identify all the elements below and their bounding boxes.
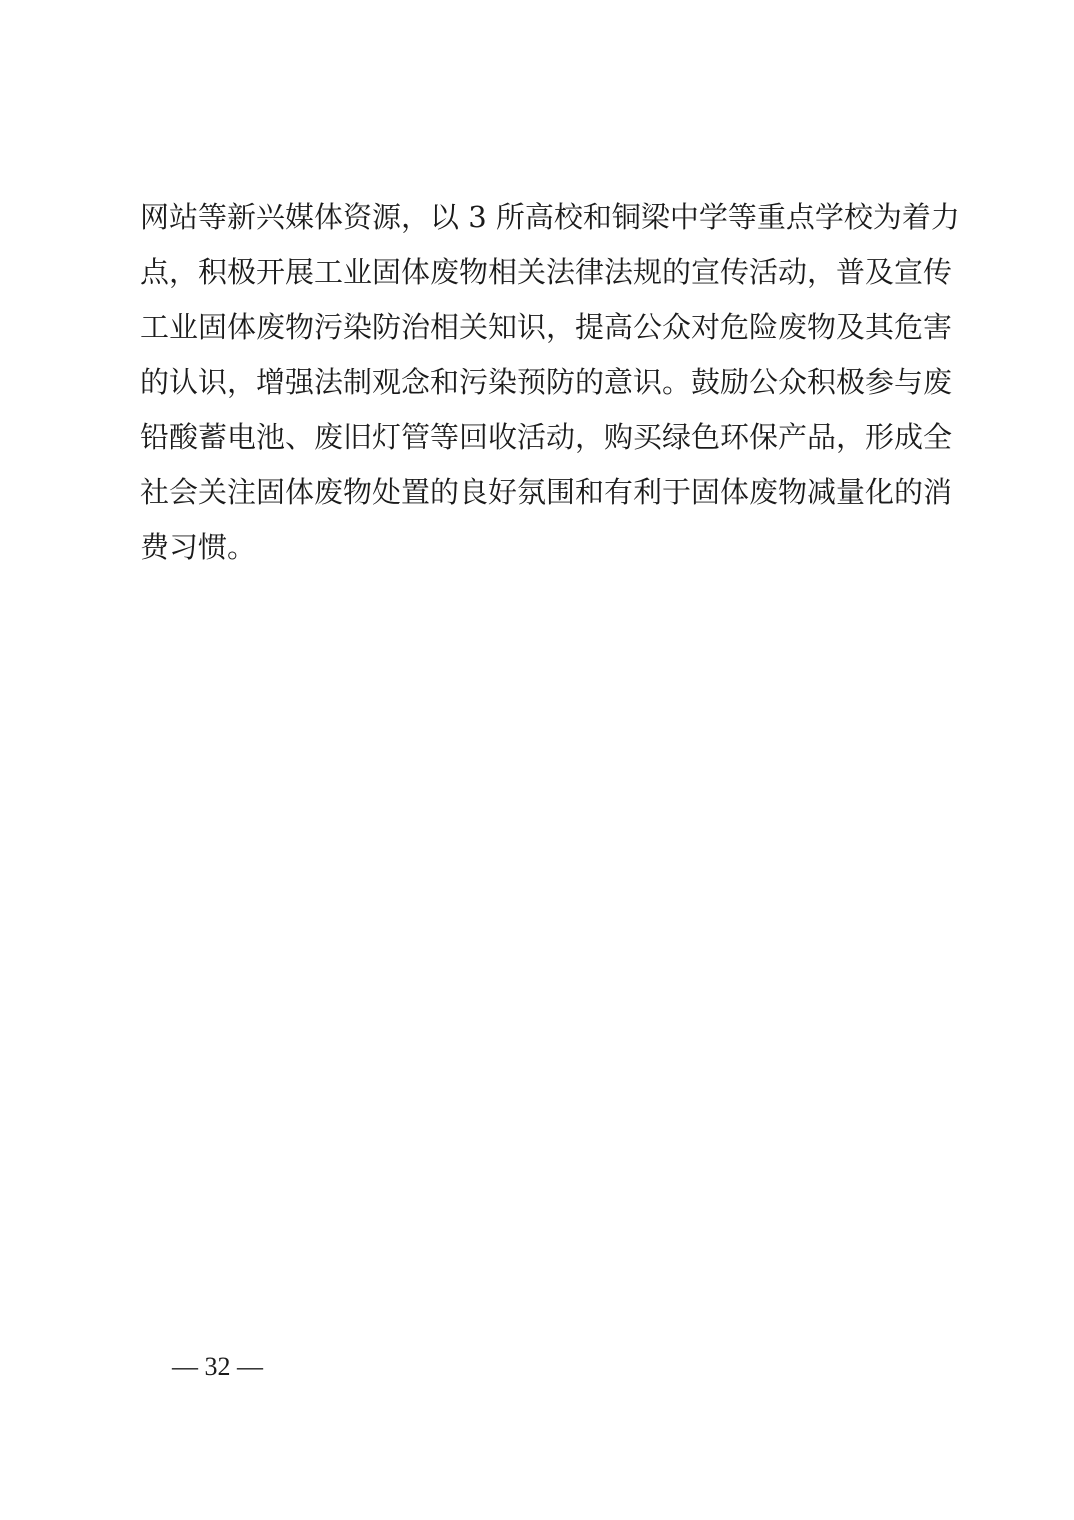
paragraph-line: 工业固体废物污染防治相关知识，提高公众对危险废物及其危害 (140, 300, 942, 355)
paragraph-line: 费习惯。 (140, 520, 942, 575)
paragraph-line: 的认识，增强法制观念和污染预防的意识。鼓励公众积极参与废 (140, 355, 942, 410)
document-page: 网站等新兴媒体资源，以 3 所高校和铜梁中学等重点学校为着力 点，积极开展工业固… (0, 0, 1074, 1520)
paragraph-line: 网站等新兴媒体资源，以 3 所高校和铜梁中学等重点学校为着力 (140, 190, 942, 245)
paragraph-line: 铅酸蓄电池、废旧灯管等回收活动，购买绿色环保产品，形成全 (140, 410, 942, 465)
page-number: — 32 — (172, 1352, 263, 1382)
paragraph-line: 点，积极开展工业固体废物相关法律法规的宣传活动，普及宣传 (140, 245, 942, 300)
body-paragraph: 网站等新兴媒体资源，以 3 所高校和铜梁中学等重点学校为着力 点，积极开展工业固… (140, 190, 942, 575)
paragraph-line: 社会关注固体废物处置的良好氛围和有利于固体废物减量化的消 (140, 465, 942, 520)
